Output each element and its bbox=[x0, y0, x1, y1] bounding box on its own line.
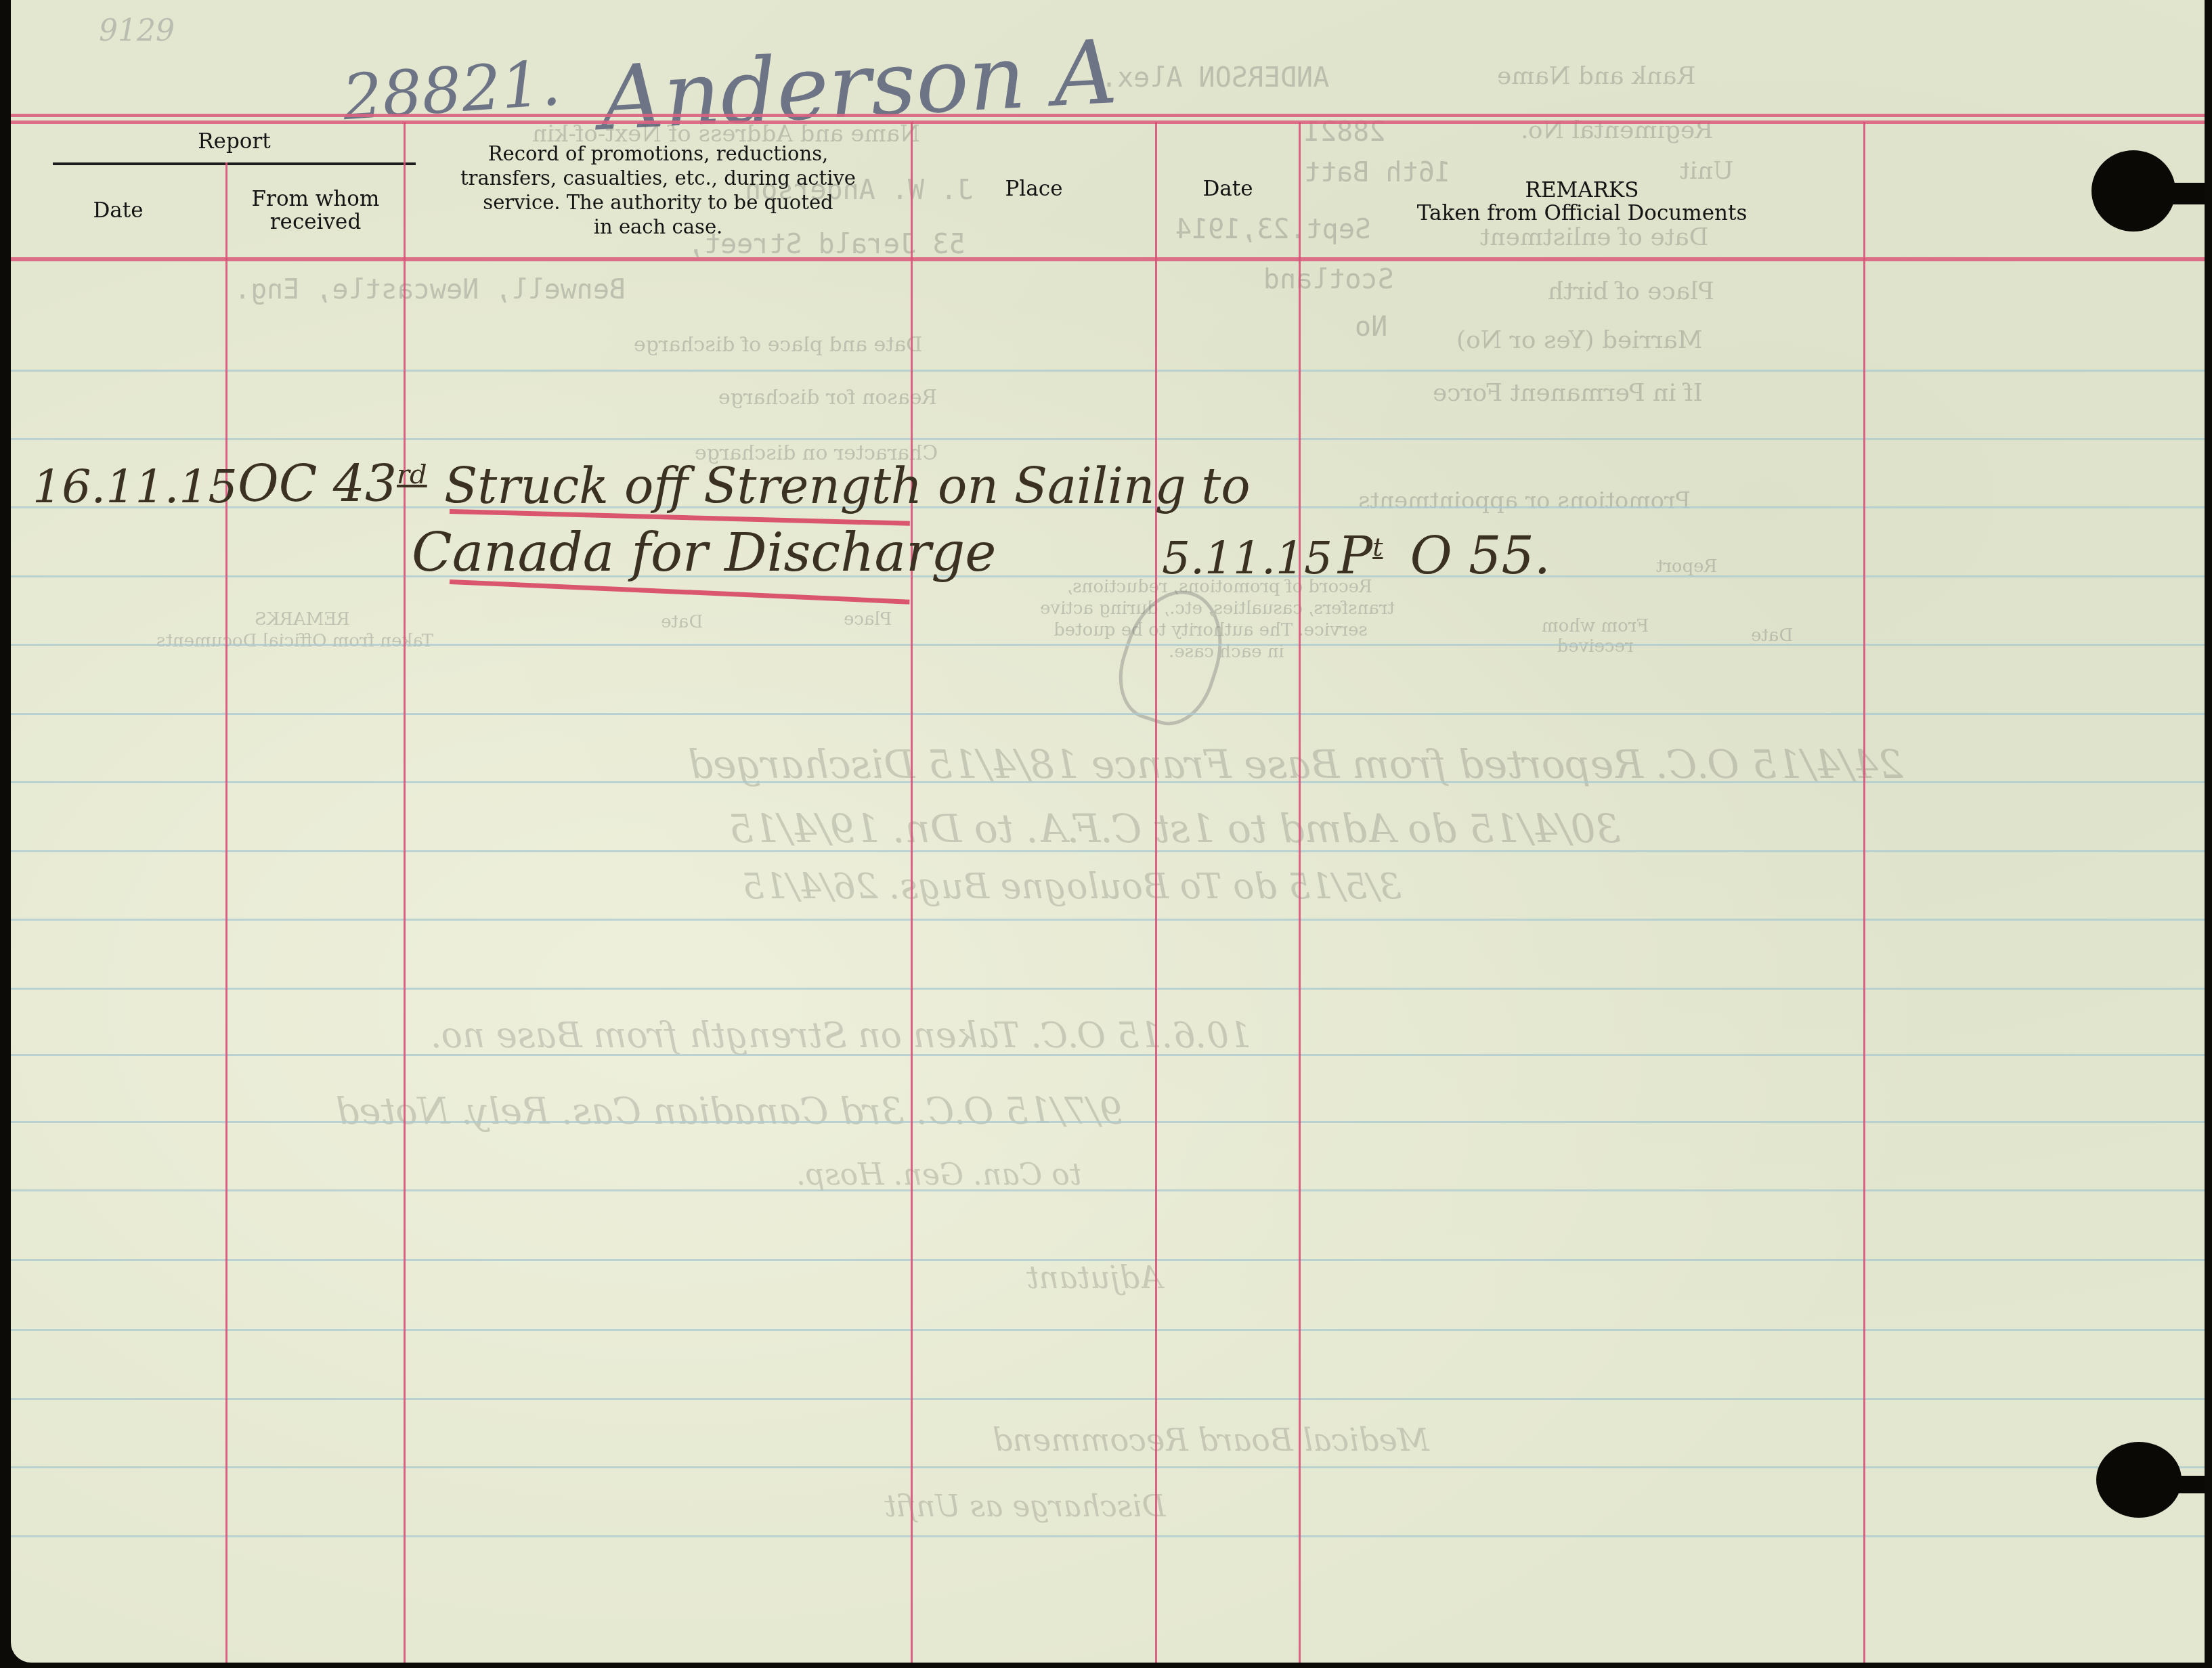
header-record-3: service. The authority to be quoted bbox=[406, 190, 911, 215]
rule-line bbox=[11, 781, 2205, 783]
rule-line bbox=[11, 850, 2205, 852]
column-rule bbox=[1299, 122, 1301, 1663]
entry-from-whom-base: OC 43 bbox=[238, 455, 397, 513]
header-report: Report bbox=[53, 129, 416, 154]
entry-from-whom: OC 43rd bbox=[238, 455, 427, 513]
rule-line bbox=[11, 1054, 2205, 1056]
header-place: Place bbox=[913, 176, 1155, 202]
entry-record-line-1: Struck off Strength on Sailing to bbox=[444, 458, 1251, 514]
header-from-whom-1: From whom bbox=[227, 186, 404, 212]
ghost-remarks-sub-label: Taken from Official Documents bbox=[156, 631, 433, 651]
rule-line bbox=[11, 1329, 2205, 1331]
header-record-4: in each case. bbox=[406, 214, 911, 240]
rule-line bbox=[11, 575, 2205, 577]
rule-line bbox=[11, 988, 2205, 990]
entry-remarks-post: O 55. bbox=[1410, 525, 1550, 586]
ghost-record-label-2: transfers, casualties, etc., during acti… bbox=[1040, 598, 1395, 619]
ghost-handwriting-4: 10.6.15 O.C. Taken on Strength from Base… bbox=[431, 1015, 1251, 1056]
ghost-permanent-force-label: If in Permanent Force bbox=[1433, 379, 1703, 407]
ghost-date-label: Date bbox=[1751, 625, 1793, 646]
ghost-handwriting-6: to Can. Gen. Hosp. bbox=[796, 1158, 1081, 1192]
ghost-date-label-2: Date bbox=[661, 612, 703, 632]
ghost-promotions-label: Promotions or appointments bbox=[1358, 487, 1691, 514]
rule-line bbox=[11, 1121, 2205, 1123]
top-double-rule bbox=[11, 120, 2205, 124]
ghost-next-of-kin-3: Benwell, Newcastle, Eng. bbox=[234, 274, 626, 305]
ghost-birth-value: Scotland bbox=[1263, 264, 1394, 295]
ghost-reason-label: Reason for discharge bbox=[718, 386, 937, 410]
column-rule bbox=[1155, 122, 1157, 1663]
ghost-handwriting-7: Adjutant bbox=[1026, 1259, 1163, 1296]
ghost-remarks-label: REMARKS bbox=[255, 609, 350, 630]
entry-remarks: Pt O 55. bbox=[1338, 525, 1550, 586]
entry-date: 16.11.15 bbox=[32, 460, 238, 514]
header-remarks: REMARKS bbox=[1301, 177, 1863, 203]
punch-hole-upper-tear bbox=[2164, 183, 2205, 204]
ghost-rank-name-value: ANDERSON Alex. bbox=[1101, 62, 1329, 93]
rule-line bbox=[11, 644, 2205, 646]
header-record-2: transfers, casualties, etc., during acti… bbox=[406, 165, 911, 191]
ghost-handwriting-1: 24/4/15 O.C. Reported from Base France 1… bbox=[688, 741, 1903, 787]
ghost-handwriting-8: Medical Board Recommend bbox=[993, 1422, 1429, 1458]
column-rule bbox=[404, 122, 406, 1663]
punch-hole-upper bbox=[2091, 150, 2175, 232]
column-rule bbox=[911, 122, 913, 1663]
header-record-1: Record of promotions, reductions, bbox=[406, 141, 911, 167]
rule-line bbox=[11, 1259, 2205, 1261]
punch-hole-lower-tear bbox=[2171, 1476, 2205, 1493]
ghost-rank-name-label: Rank and Name bbox=[1497, 62, 1695, 90]
punch-hole-lower bbox=[2096, 1442, 2182, 1518]
entry-remarks-pre: P bbox=[1338, 525, 1372, 586]
header-date: Date bbox=[11, 198, 225, 223]
rule-line bbox=[11, 370, 2205, 372]
pencil-corner-note: 9129 bbox=[99, 14, 175, 48]
rule-line bbox=[11, 438, 2205, 440]
entry-record-line-2: Canada for Discharge bbox=[412, 523, 996, 584]
ghost-handwriting-3: 3/5/15 do To Boulogne Bugs. 26/4/15 bbox=[742, 866, 1402, 907]
ghost-report-label: Report bbox=[1656, 556, 1717, 577]
rule-line bbox=[11, 713, 2205, 715]
ghost-married-label: Married (Yes or No) bbox=[1456, 326, 1703, 354]
rule-line bbox=[11, 1466, 2205, 1468]
column-rule bbox=[1863, 122, 1865, 1663]
top-double-rule bbox=[11, 114, 2205, 117]
header-date-2: Date bbox=[1157, 176, 1299, 202]
ghost-enlistment-label: Date of enlistment bbox=[1480, 223, 1709, 251]
ghost-place-label: Place bbox=[844, 609, 892, 630]
ghost-handwriting-2: 30/4/15 do Admd to 1st C.F.A. to Dn. 19/… bbox=[729, 806, 1620, 852]
rule-line bbox=[11, 1189, 2205, 1191]
entry-from-whom-sup: rd bbox=[397, 459, 427, 490]
entry-remarks-sup: t bbox=[1372, 532, 1383, 562]
ghost-birth-label: Place of birth bbox=[1548, 278, 1714, 305]
rule-line bbox=[11, 1398, 2205, 1400]
header-from-whom-2: received bbox=[227, 209, 404, 235]
report-group-underline bbox=[53, 162, 416, 165]
ghost-handwriting-5: 9/7/15 O.C. 3rd Canadian Cas. Rely. Note… bbox=[336, 1090, 1123, 1133]
rule-line bbox=[11, 1535, 2205, 1537]
header-remarks-sub: Taken from Official Documents bbox=[1301, 200, 1863, 226]
rule-line bbox=[11, 919, 2205, 921]
ghost-discharge-label: Date and place of discharge bbox=[634, 333, 922, 357]
ghost-married-value: No bbox=[1355, 311, 1387, 343]
header-bottom-rule bbox=[11, 257, 2205, 261]
column-rule bbox=[225, 162, 227, 1663]
ghost-from-whom-label: From whom received bbox=[1527, 616, 1663, 657]
record-card: 9129 28821. Anderson A ANDERSON Alex. Ra… bbox=[11, 0, 2205, 1663]
entry-date-2: 5.11.15 bbox=[1162, 532, 1332, 584]
ghost-handwriting-9: Discharge as Unfit bbox=[884, 1489, 1166, 1524]
